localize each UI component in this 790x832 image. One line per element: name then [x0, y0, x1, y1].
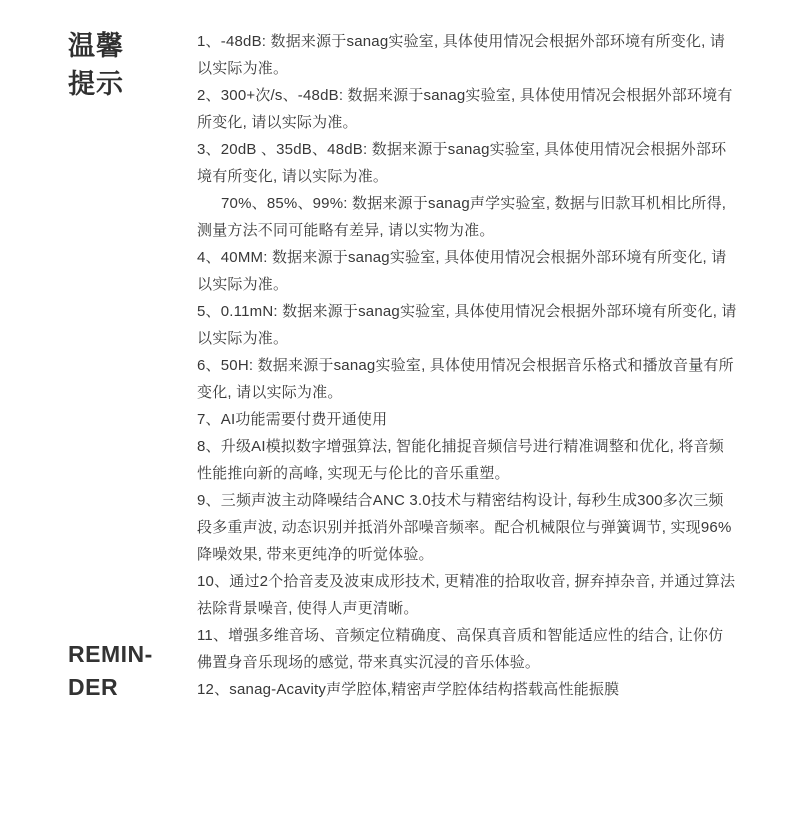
disclaimer-item-3-subnote: 70%、85%、99%: 数据来源于sanag声学实验室, 数据与旧款耳机相比所…: [197, 190, 737, 244]
disclaimer-item-5: 5、0.11mN: 数据来源于sanag实验室, 具体使用情况会根据外部环境有所…: [197, 298, 737, 352]
section-title-chinese-line1: 温馨: [68, 27, 124, 65]
disclaimer-item-10: 10、通过2个拾音麦及波束成形技术, 更精准的拾取收音, 摒弃掉杂音, 并通过算…: [197, 568, 737, 622]
section-title-english-line1: REMIN-: [68, 638, 153, 671]
disclaimer-item-9: 9、三频声波主动降噪结合ANC 3.0技术与精密结构设计, 每秒生成300多次三…: [197, 487, 737, 568]
disclaimer-item-6: 6、50H: 数据来源于sanag实验室, 具体使用情况会根据音乐格式和播放音量…: [197, 352, 737, 406]
reminder-section: 温馨 提示 REMIN- DER 1、-48dB: 数据来源于sanag实验室,…: [0, 0, 790, 832]
disclaimer-item-2: 2、300+次/s、-48dB: 数据来源于sanag实验室, 具体使用情况会根…: [197, 82, 737, 136]
section-title-english: REMIN- DER: [68, 638, 153, 704]
disclaimer-item-1: 1、-48dB: 数据来源于sanag实验室, 具体使用情况会根据外部环境有所变…: [197, 28, 737, 82]
disclaimer-item-12: 12、sanag-Acavity声学腔体,精密声学腔体结构搭载高性能振膜: [197, 676, 737, 703]
disclaimer-list: 1、-48dB: 数据来源于sanag实验室, 具体使用情况会根据外部环境有所变…: [197, 28, 737, 703]
section-title-chinese: 温馨 提示: [68, 27, 124, 103]
disclaimer-item-8: 8、升级AI模拟数字增强算法, 智能化捕捉音频信号进行精准调整和优化, 将音频性…: [197, 433, 737, 487]
section-title-chinese-line2: 提示: [68, 65, 124, 103]
section-title-english-line2: DER: [68, 671, 153, 704]
disclaimer-item-11: 11、增强多维音场、音频定位精确度、高保真音质和智能适应性的结合, 让你仿佛置身…: [197, 622, 737, 676]
disclaimer-item-3: 3、20dB 、35dB、48dB: 数据来源于sanag实验室, 具体使用情况…: [197, 136, 737, 190]
disclaimer-item-4: 4、40MM: 数据来源于sanag实验室, 具体使用情况会根据外部环境有所变化…: [197, 244, 737, 298]
disclaimer-item-7: 7、AI功能需要付费开通使用: [197, 406, 737, 433]
